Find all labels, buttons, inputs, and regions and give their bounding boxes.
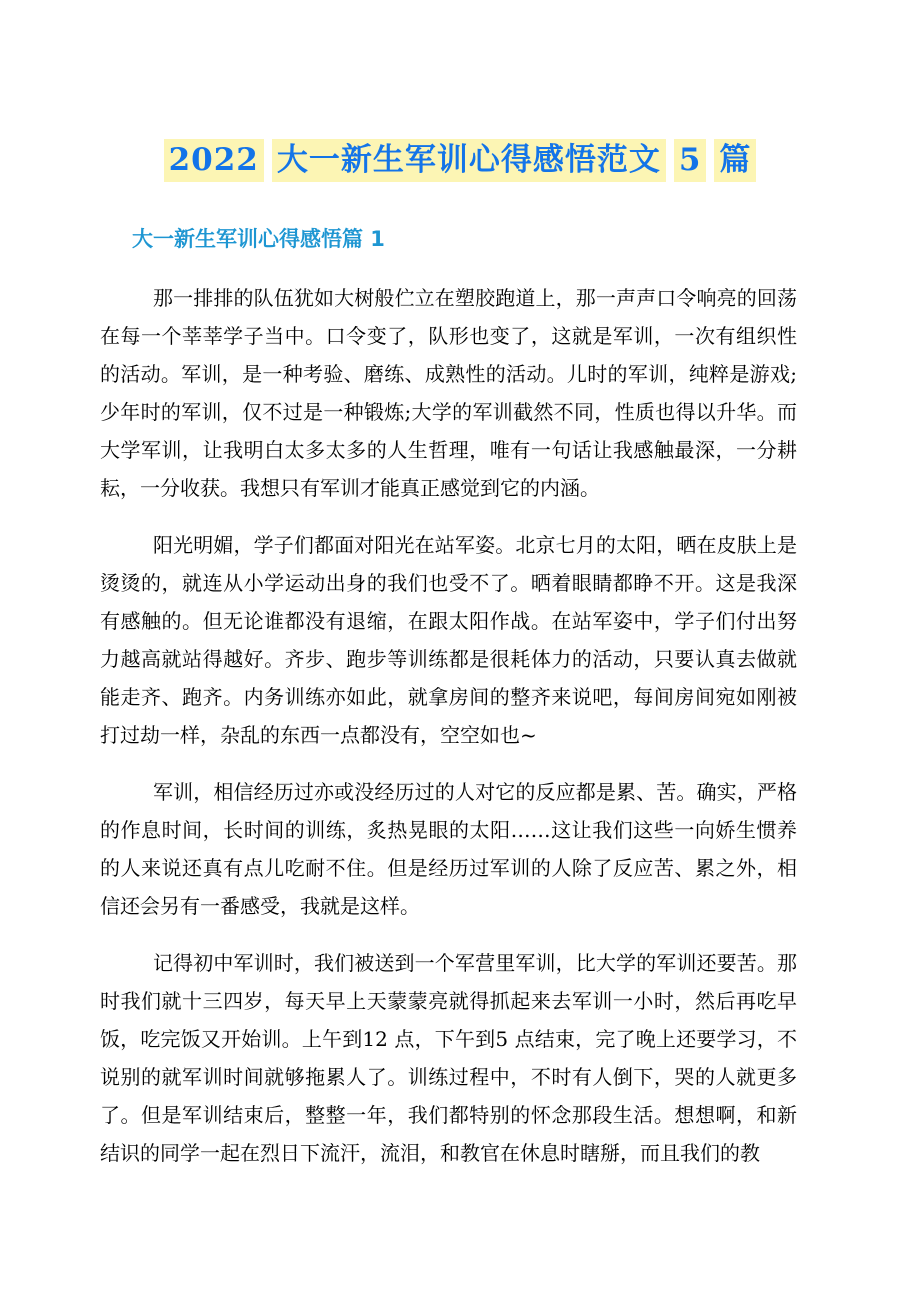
document-title: 2022大一新生军训心得感悟范文5篇 [0, 140, 920, 180]
title-segment-main: 大一新生军训心得感悟范文 [272, 139, 666, 182]
document-page: 2022大一新生军训心得感悟范文5篇 大一新生军训心得感悟篇 1 那一排排的队伍… [0, 0, 920, 1302]
body-paragraph: 军训，相信经历过亦或没经历过的人对它的反应都是累、苦。确实，严格的作息时间，长时… [100, 773, 797, 925]
body-paragraph: 那一排排的队伍犹如大树般伫立在塑胶跑道上，那一声声口令响亮的回荡在每一个莘莘学子… [100, 279, 797, 507]
body-paragraph: 阳光明媚，学子们都面对阳光在站军姿。北京七月的太阳，晒在皮肤上是烫烫的，就连从小… [100, 526, 797, 754]
title-segment-year: 2022 [164, 139, 264, 182]
title-segment-unit: 篇 [714, 139, 756, 182]
document-body: 那一排排的队伍犹如大树般伫立在塑胶跑道上，那一声声口令响亮的回荡在每一个莘莘学子… [100, 279, 797, 1172]
title-segment-count: 5 [674, 139, 707, 182]
section-heading: 大一新生军训心得感悟篇 1 [132, 226, 920, 252]
body-paragraph: 记得初中军训时，我们被送到一个军营里军训，比大学的军训还要苦。那时我们就十三四岁… [100, 944, 797, 1172]
